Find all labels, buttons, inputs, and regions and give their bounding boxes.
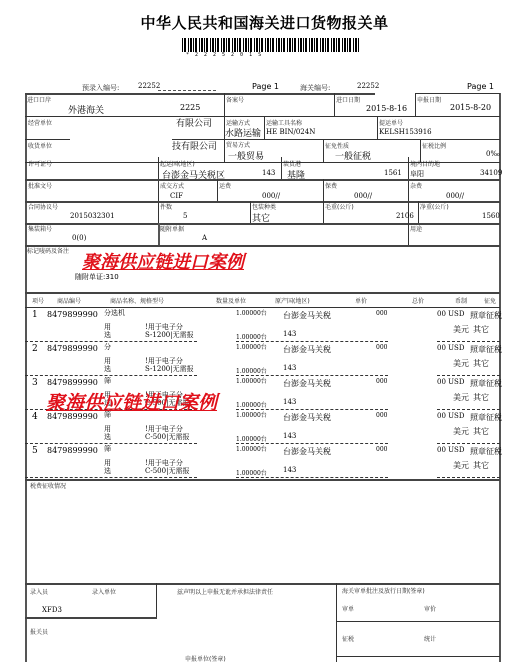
col-total: 总价 [412,296,424,305]
item-currency-name: 美元 [453,324,469,335]
row-separator [437,477,500,478]
item-origin: 台澎金马关税 [283,412,331,423]
entry-clerk-value: XFD3 [42,606,62,614]
row-separator [437,443,500,444]
transport-mode-value: 水路运输 [225,126,261,139]
contract-no-label: 合同协议号 [28,202,58,211]
row-separator [25,477,197,478]
item-currency: 00 USD [437,446,464,454]
item-currency-name: 美元 [453,426,469,437]
broker-label: 报关员 [30,627,48,636]
import-date-value: 2015-8-16 [366,104,407,113]
item-no: 2 [32,344,38,354]
row-separator [236,477,388,478]
item-spec-b: S-1200|无需报 [145,364,194,374]
customs-approval-label: 海关审单批注及放行日期(签章) [342,586,425,595]
item-levy: 照章征税 [470,412,502,423]
consignee-label: 收货单位 [28,141,52,150]
item-levy: 照章征税 [470,344,502,355]
item-code: 8479899990 [47,446,98,455]
container-no-label: 集装箱号 [28,224,52,233]
remarks-watermark: 聚海供应链进口案例 [82,248,244,274]
customs-no-value: 22252 [357,82,379,90]
operator-label: 经营单位 [28,118,52,127]
col-levy: 征免 [484,296,496,305]
import-port-value: 外港海关 [68,103,104,116]
item-code: 8479899990 [47,378,98,387]
destination-value: 阜阳 [410,169,424,179]
bill-no-value: KELSH153916 [379,128,432,136]
item-levy-2: 其它 [473,460,489,471]
transport-name-value: HE BIN/024N [266,128,315,136]
transport-name-label: 运输工具名称 [266,118,302,127]
item-currency-name: 美元 [453,460,469,471]
remarks-label: 标记唛码及备注 [27,246,69,255]
item-spec-2: 选 [104,364,111,374]
origin-country-label: 起运国(地区) [160,159,195,168]
item-spec-b: S-1200|无需报 [145,330,194,340]
license-no-label: 许可证号 [28,159,52,168]
item-no: 4 [32,412,38,422]
item-qty-2: 1.00000台 [236,400,267,409]
pieces-value: 5 [183,212,187,220]
freight-value: 000// [262,192,280,200]
entry-unit-label: 录入单位 [92,587,116,596]
record-no-label: 备案号 [226,95,244,104]
item-no: 3 [32,378,38,388]
review-price-label: 审价 [424,604,436,613]
usage-label: 用途 [410,224,422,233]
item-currency-name: 美元 [453,392,469,403]
net-weight-label: 净重(公斤) [420,202,449,211]
item-spec-b: C-500|无需报 [145,432,189,442]
gross-weight-value: 2106 [396,212,414,220]
item-origin: 台澎金马关税 [283,378,331,389]
col-origin: 原产国(地区) [275,296,310,305]
levy-nature-value: 一般征税 [335,149,371,162]
item-qty-2: 1.00000台 [236,332,267,341]
insurance-label: 保费 [325,181,337,190]
item-currency: 00 USD [437,344,464,352]
origin-country-code: 143 [262,169,275,177]
attached-docs-label: 随附单据 [160,224,184,233]
operator-value: 有限公司 [176,116,212,129]
pre-entry-value: 22252 [138,82,160,90]
item-origin: 台澎金马关税 [283,446,331,457]
item-levy-2: 其它 [473,392,489,403]
item-spec-b: C-500|无需报 [145,466,189,476]
item-currency: 00 USD [437,412,464,420]
item-origin: 台澎金马关税 [283,310,331,321]
consignee-value: 技有限公司 [172,139,217,152]
item-origin-code: 143 [283,466,296,474]
destination-label: 境内目的地 [410,159,440,168]
levy-tax-label: 征税 [342,634,354,643]
item-origin-code: 143 [283,364,296,372]
item-unit-price: 000 [376,378,387,385]
import-date-label: 进口日期 [336,95,360,104]
item-code: 8479899990 [47,310,98,319]
item-spec-2: 选 [104,330,111,340]
approval-no-label: 批准文号 [28,181,52,190]
loading-port-code: 1561 [384,169,402,177]
item-qty-1: 1.00000台 [236,308,267,317]
col-no: 项号 [32,296,44,305]
item-currency-name: 美元 [453,358,469,369]
item-levy-2: 其它 [473,358,489,369]
destination-code: 34109 [480,169,502,177]
row-separator [25,375,197,376]
item-no: 1 [32,310,38,320]
item-unit-price: 000 [376,344,387,351]
item-qty-2: 1.00000台 [236,468,267,477]
barcode [182,38,360,52]
item-qty-1: 1.00000台 [236,444,267,453]
item-unit-price: 000 [376,412,387,419]
item-unit-price: 000 [376,446,387,453]
declare-date-value: 2015-8-20 [450,103,491,112]
levy-ratio-label: 征税比例 [422,141,446,150]
declare-date-label: 申报日期 [417,95,441,104]
levy-ratio-value: 0‰ [486,150,500,158]
import-port-label: 进口口岸 [27,95,51,104]
freight-label: 运费 [219,181,231,190]
deal-mode-value: CIF [170,192,183,200]
attached-docs-value: A [202,234,207,242]
page-left: Page 1 [252,82,279,91]
misc-fee-label: 杂费 [410,181,422,190]
barcode-text: *2225201S [186,52,267,58]
item-levy: 照章征税 [470,310,502,321]
pieces-label: 件数 [160,202,172,211]
item-name: 分选机 [104,308,125,318]
item-levy-2: 其它 [473,426,489,437]
col-code: 商品编号 [57,296,81,305]
col-qty: 数量及单位 [216,296,246,305]
page-right: Page 1 [467,82,494,91]
item-spec-2: 选 [104,432,111,442]
item-origin-code: 143 [283,432,296,440]
import-port-code: 2225 [180,103,200,112]
col-currency: 币制 [455,296,467,305]
item-currency: 00 USD [437,310,464,318]
review-doc-label: 审单 [342,604,354,613]
col-name: 商品名称、规格型号 [110,296,164,305]
declaration-text: 兹声明以上申报无讹并承担法律责任 [177,587,273,596]
net-weight-value: 1560 [482,212,500,220]
item-qty-2: 1.00000台 [236,434,267,443]
gross-weight-label: 毛重(公斤) [325,202,354,211]
item-spec-2: 选 [104,466,111,476]
item-levy: 照章征税 [470,446,502,457]
item-unit-price: 000 [376,310,387,317]
item-code: 8479899990 [47,344,98,353]
item-qty-1: 1.00000台 [236,342,267,351]
attached-cert: 随附单证:310 [75,272,119,282]
item-levy: 照章征税 [470,378,502,389]
trade-mode-label: 贸易方式 [226,140,250,149]
declare-unit-label: 申报单位(签章) [185,654,226,662]
customs-no-label: 海关编号: [300,83,330,93]
row-separator [25,341,197,342]
item-name: 分 [104,342,111,352]
item-qty-2: 1.00000台 [236,366,267,375]
item-levy-2: 其它 [473,324,489,335]
row-separator [437,375,500,376]
document-title: 中华人民共和国海关进口货物报关单 [0,12,529,33]
item-currency: 00 USD [437,378,464,386]
container-no-value: 0(0) [72,234,86,242]
item-origin-code: 143 [283,398,296,406]
bill-no-label: 提运单号 [379,118,403,127]
col-unit-price: 单价 [355,296,367,305]
contract-no-value: 2015032301 [70,212,115,220]
item-name: 筛 [104,444,111,454]
item-no: 5 [32,446,38,456]
item-name: 筛 [104,376,111,386]
entry-clerk-label: 录入员 [30,587,48,596]
row-separator [437,341,500,342]
tax-section-label: 税费征收情况 [30,481,66,490]
package-type-label: 包装种类 [252,202,276,211]
item-origin: 台澎金马关税 [283,344,331,355]
row-separator [25,443,197,444]
item-qty-1: 1.00000台 [236,376,267,385]
insurance-value: 000// [354,192,372,200]
statistics-label: 统计 [424,634,436,643]
item-qty-1: 1.00000台 [236,410,267,419]
misc-fee-value: 000// [446,192,464,200]
trade-mode-value: 一般贸易 [228,149,264,162]
row-separator [437,409,500,410]
pre-entry-label: 预录入编号: [82,83,119,93]
deal-mode-label: 成交方式 [160,181,184,190]
item-origin-code: 143 [283,330,296,338]
pre-entry-underline [158,90,216,91]
items-watermark: 聚海供应链进口案例 [46,388,217,415]
loading-port-label: 装货港 [283,159,301,168]
